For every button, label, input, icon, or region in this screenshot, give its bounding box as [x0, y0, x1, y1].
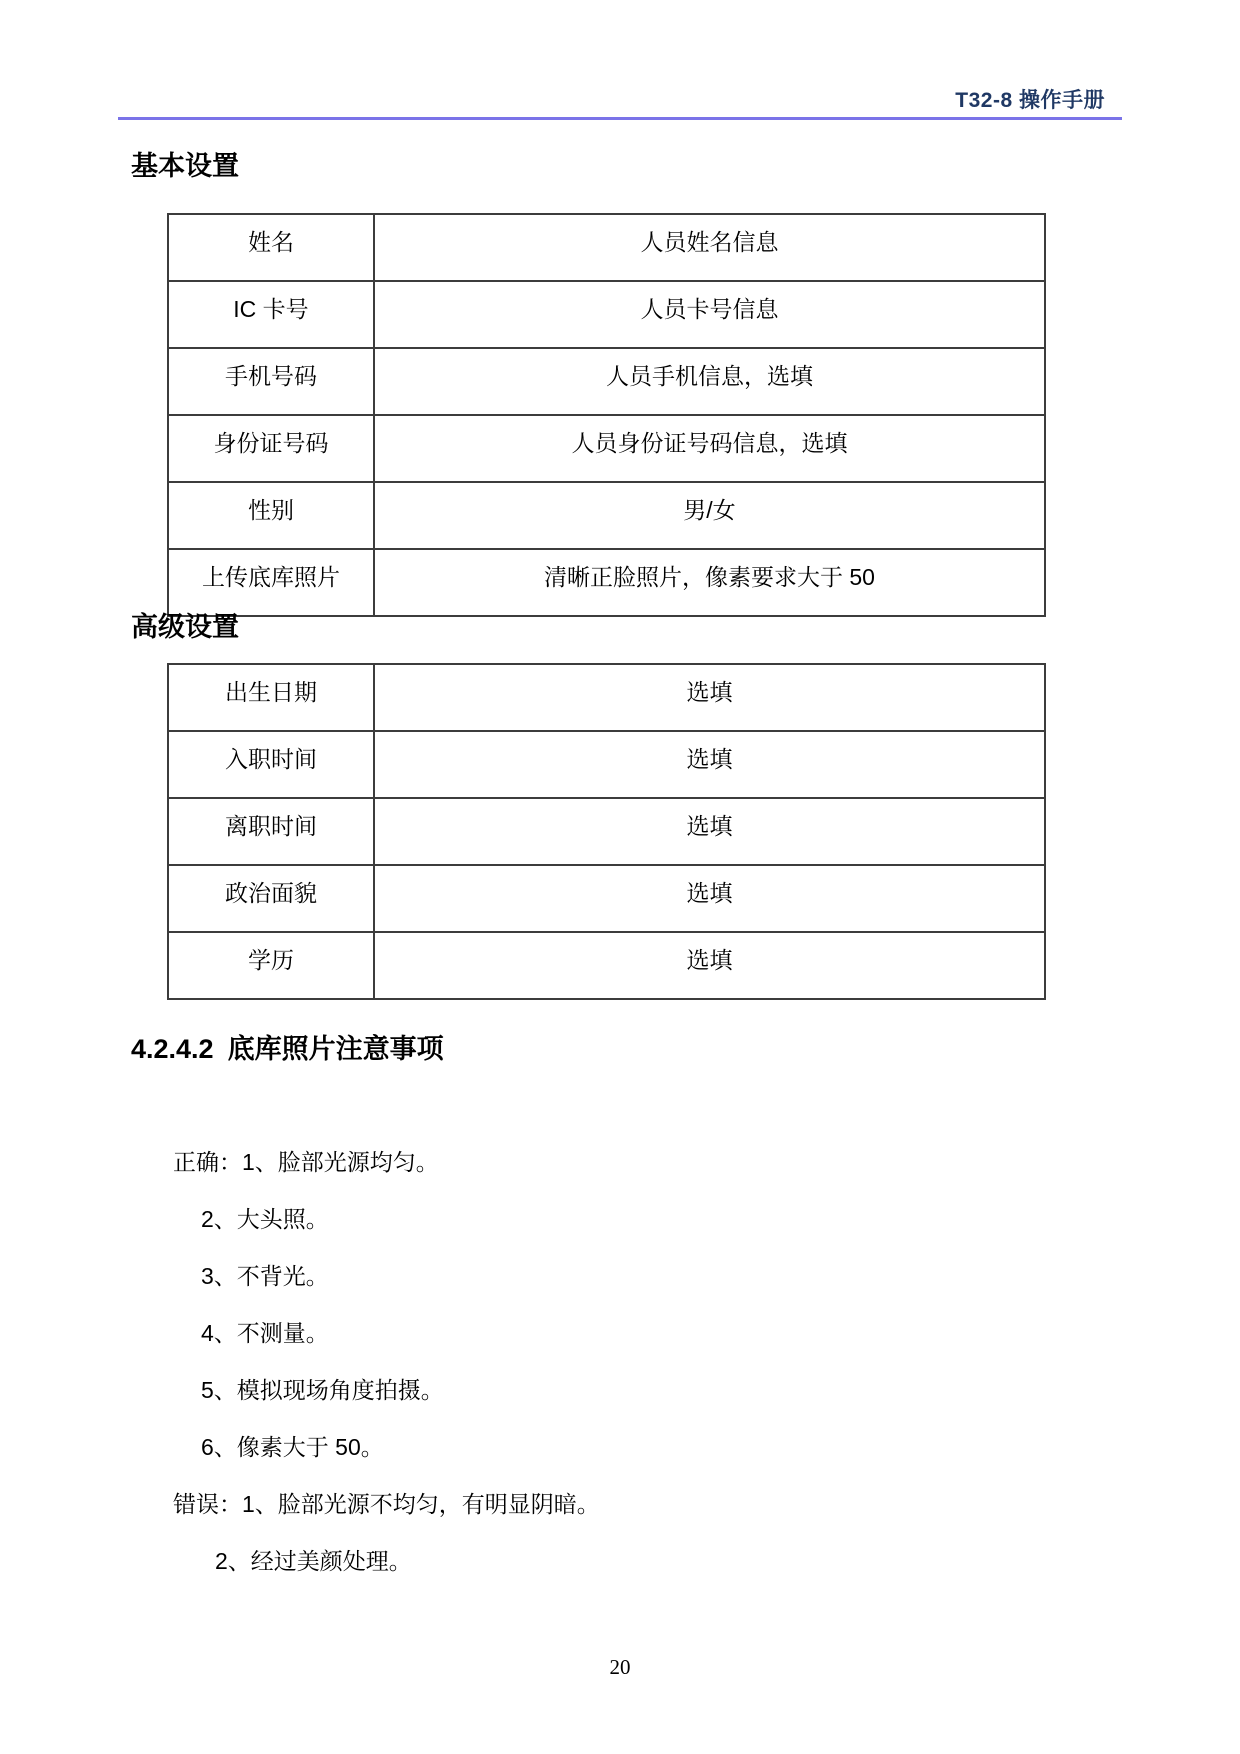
- row-value-cell: 男/女: [374, 482, 1045, 549]
- list-item-wrong-2: 2、经过美颜处理。: [0, 1533, 1240, 1590]
- header-title: T32-8 操作手册: [955, 84, 1105, 114]
- table-row: 姓名 人员姓名信息: [168, 214, 1045, 281]
- table-row: 上传底库照片 清晰正脸照片，像素要求大于 50: [168, 549, 1045, 616]
- row-value-cell: 选填: [374, 798, 1045, 865]
- row-value-cell: 人员手机信息，选填: [374, 348, 1045, 415]
- table-row: 入职时间 选填: [168, 731, 1045, 798]
- row-label-cell: 身份证号码: [168, 415, 374, 482]
- section-heading-photo-notes: 4.2.4.2底库照片注意事项: [131, 1033, 444, 1065]
- section-heading-basic: 基本设置: [131, 150, 239, 182]
- row-label-cell: 入职时间: [168, 731, 374, 798]
- advanced-settings-table: 出生日期 选填 入职时间 选填 离职时间 选填 政治面貌 选填 学历 选填: [167, 663, 1046, 1000]
- list-item-correct-4: 4、不测量。: [0, 1305, 1240, 1362]
- row-value-cell: 选填: [374, 932, 1045, 999]
- row-value-cell: 选填: [374, 865, 1045, 932]
- section-number: 4.2.4.2: [131, 1034, 214, 1064]
- basic-settings-table: 姓名 人员姓名信息 IC 卡号 人员卡号信息 手机号码 人员手机信息，选填 身份…: [167, 213, 1046, 617]
- row-value-cell: 选填: [374, 664, 1045, 731]
- row-value-cell: 清晰正脸照片，像素要求大于 50: [374, 549, 1045, 616]
- list-item-correct-1: 正确：1、脸部光源均匀。: [0, 1134, 1240, 1191]
- row-label-cell: 上传底库照片: [168, 549, 374, 616]
- table-row: 离职时间 选填: [168, 798, 1045, 865]
- row-value-cell: 人员姓名信息: [374, 214, 1045, 281]
- table-row: 手机号码 人员手机信息，选填: [168, 348, 1045, 415]
- row-label-cell: 学历: [168, 932, 374, 999]
- list-item-correct-2: 2、大头照。: [0, 1191, 1240, 1248]
- row-label-cell: IC 卡号: [168, 281, 374, 348]
- table-row: 性别 男/女: [168, 482, 1045, 549]
- row-label-cell: 出生日期: [168, 664, 374, 731]
- list-item-correct-5: 5、模拟现场角度拍摄。: [0, 1362, 1240, 1419]
- section-title: 底库照片注意事项: [228, 1034, 444, 1064]
- section-heading-advanced: 高级设置: [131, 611, 239, 643]
- row-label-cell: 离职时间: [168, 798, 374, 865]
- row-value-cell: 人员身份证号码信息，选填: [374, 415, 1045, 482]
- table-row: IC 卡号 人员卡号信息: [168, 281, 1045, 348]
- row-label-cell: 姓名: [168, 214, 374, 281]
- row-value-cell: 选填: [374, 731, 1045, 798]
- list-item-wrong-1: 错误：1、脸部光源不均匀，有明显阴暗。: [0, 1476, 1240, 1533]
- row-label-cell: 手机号码: [168, 348, 374, 415]
- table-row: 出生日期 选填: [168, 664, 1045, 731]
- list-item-correct-3: 3、不背光。: [0, 1248, 1240, 1305]
- page-number: 20: [0, 1655, 1240, 1680]
- header-rule: [118, 117, 1122, 120]
- table-row: 政治面貌 选填: [168, 865, 1045, 932]
- row-label-cell: 政治面貌: [168, 865, 374, 932]
- list-item-correct-6: 6、像素大于 50。: [0, 1419, 1240, 1476]
- document-page: T32-8 操作手册 基本设置 姓名 人员姓名信息 IC 卡号 人员卡号信息 手…: [0, 0, 1240, 1754]
- photo-notes-list: 正确：1、脸部光源均匀。 2、大头照。 3、不背光。 4、不测量。 5、模拟现场…: [0, 1134, 1240, 1590]
- table-row: 学历 选填: [168, 932, 1045, 999]
- row-label-cell: 性别: [168, 482, 374, 549]
- row-value-cell: 人员卡号信息: [374, 281, 1045, 348]
- table-row: 身份证号码 人员身份证号码信息，选填: [168, 415, 1045, 482]
